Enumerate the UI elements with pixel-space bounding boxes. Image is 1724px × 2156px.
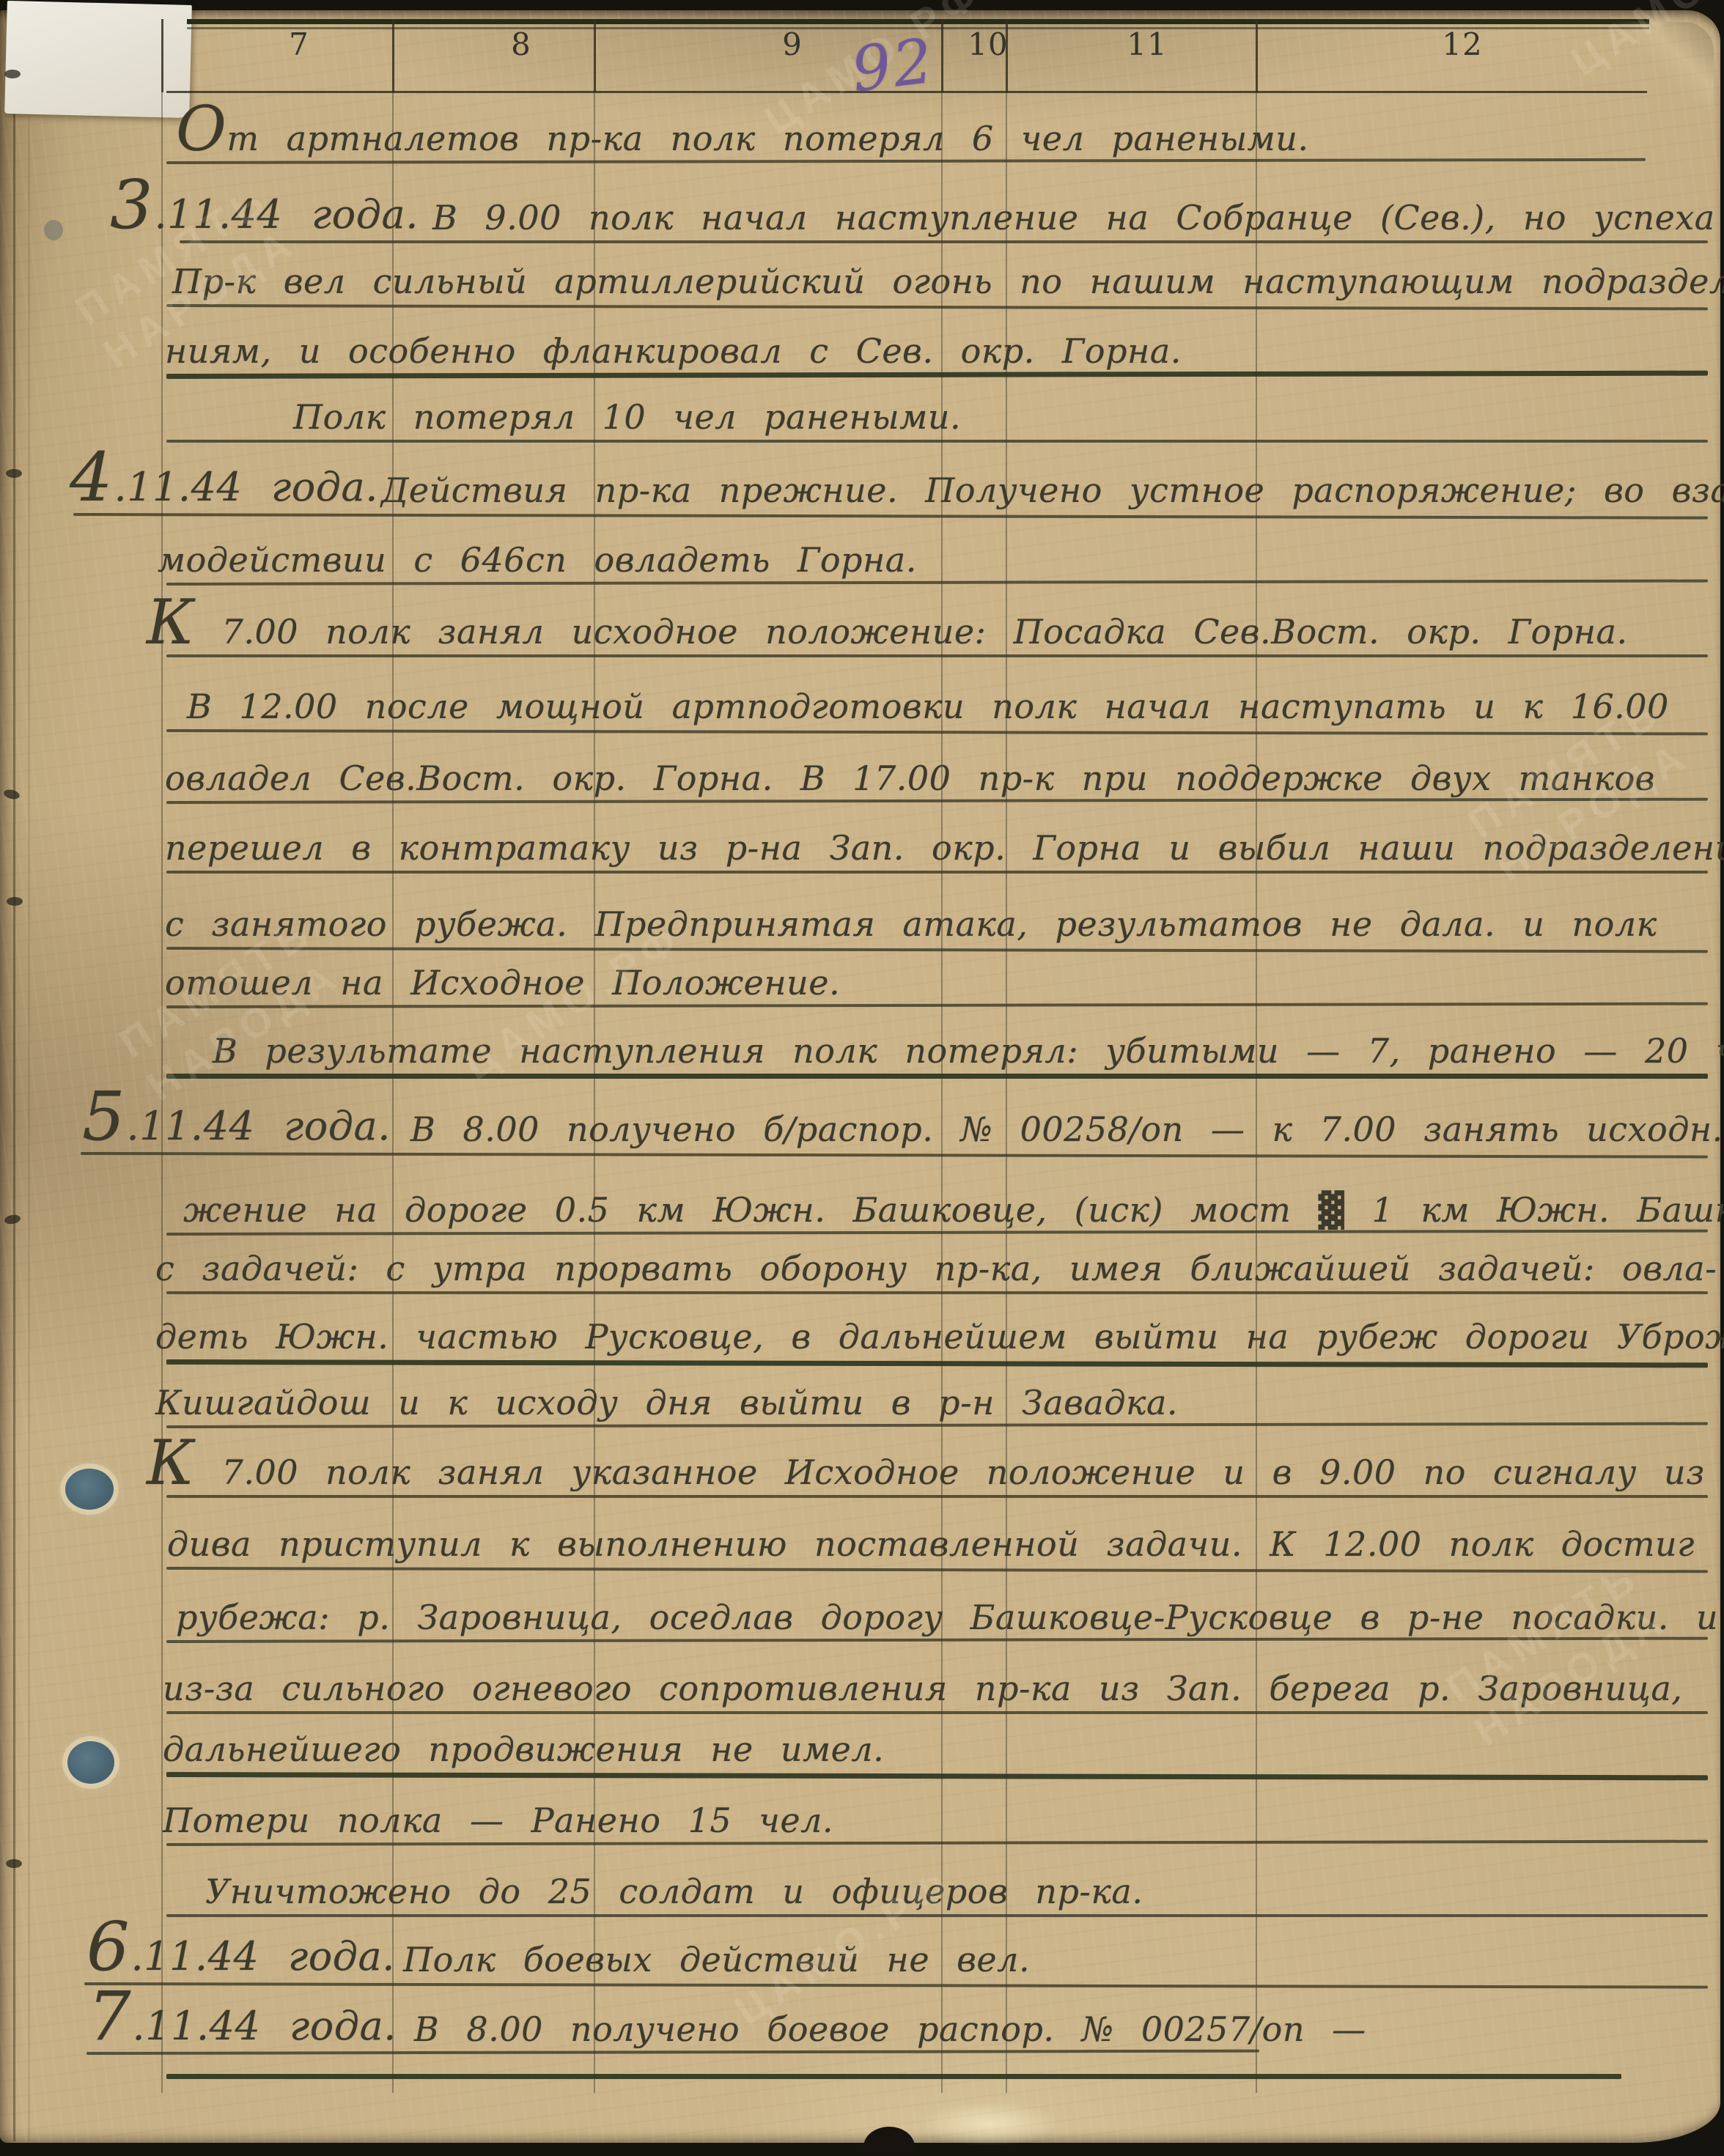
journal-line: ниям, и особенно фланкировал с Сев. окр.…	[165, 331, 1182, 371]
corner-crease	[1604, 22, 1714, 110]
ruled-line	[166, 1291, 1708, 1294]
column-number: 10	[968, 26, 1008, 62]
stitch-hole	[6, 469, 22, 478]
stitch-hole	[6, 1859, 22, 1868]
entry-day-number: 3	[110, 166, 155, 244]
column-divider-line	[392, 19, 394, 92]
journal-line: жение на дороге 0.5 км Южн. Башковце, (и…	[183, 1190, 1724, 1230]
journal-line: В 9.00 полк начал наступление на Собранц…	[432, 198, 1724, 237]
page-number: 92	[847, 24, 938, 106]
entry-date: 6.11.44 года.	[86, 1933, 395, 1979]
entry-date-rest: .11.44 года.	[131, 1933, 395, 1979]
fold-crease-line	[594, 92, 595, 2093]
journal-line: В результате наступления полк потерял: у…	[213, 1031, 1724, 1071]
ink-blot	[67, 1741, 114, 1784]
journal-line: В 12.00 после мощной артподготовки полк …	[187, 687, 1669, 726]
scanned-war-diary-page: 789101112 От артналетов пр-ка полк потер…	[0, 0, 1724, 2156]
bottom-edge-highlight	[920, 2102, 1059, 2146]
journal-line: дальнейшего продвижения не имел.	[163, 1729, 884, 1769]
ink-spot	[44, 220, 63, 240]
journal-line: Кишгайдош и к исходу дня выйти в р-н Зав…	[155, 1383, 1178, 1422]
journal-line: с занятого рубежа. Предпринятая атака, р…	[165, 904, 1657, 944]
paper-patch	[4, 1, 192, 118]
ruled-line	[166, 654, 1708, 657]
column-divider-line	[1256, 19, 1258, 92]
journal-line: овладел Сев.Вост. окр. Горна. В 17.00 пр…	[165, 758, 1655, 798]
ornate-capital: О	[176, 93, 226, 165]
column-number: 11	[1127, 26, 1167, 62]
column-divider-line	[161, 19, 163, 92]
column-divider-line	[594, 19, 596, 92]
journal-line: Уничтожено до 25 солдат и офицеров пр-ка…	[205, 1872, 1143, 1911]
column-number: 8	[511, 26, 531, 62]
column-number: 7	[289, 26, 309, 62]
closing-rule	[166, 2074, 1621, 2079]
entry-date-rest: .11.44 года.	[114, 464, 378, 510]
stitch-hole	[4, 70, 21, 78]
ornate-capital: К	[147, 586, 195, 658]
binding-fold-line	[13, 10, 15, 2141]
entry-date: 4.11.44 года.	[70, 464, 378, 510]
ruled-line	[166, 1495, 1708, 1498]
ruled-line	[166, 440, 1708, 443]
journal-line: рубежа: р. Заровница, оседлав дорогу Баш…	[176, 1598, 1718, 1637]
entry-day-number: 7	[88, 1977, 133, 2056]
ink-blot	[65, 1469, 114, 1510]
journal-line: К 7.00 полк занял указанное Исходное пол…	[147, 1452, 1724, 1492]
fold-crease-line	[392, 92, 394, 2093]
journal-line: Действия пр-ка прежние. Получено устное …	[381, 470, 1724, 510]
journal-line: деть Южн. частью Русковце, в дальнейшем …	[155, 1317, 1724, 1356]
binding-fold-line-2	[28, 10, 30, 2141]
ornate-capital: К	[147, 1427, 195, 1499]
journal-line: с задачей: с утра прорвать оборону пр-ка…	[155, 1249, 1717, 1288]
ruled-line	[166, 871, 1708, 874]
column-divider-line	[1006, 19, 1008, 92]
stitch-hole	[7, 897, 23, 906]
entry-date: 7.11.44 года.	[88, 2003, 397, 2049]
fold-crease-line	[1256, 92, 1257, 2093]
entry-day-number: 5	[82, 1077, 127, 1156]
journal-line: дива приступил к выполнению поставленной…	[167, 1524, 1695, 1564]
journal-line: В 8.00 получено б/распор. № 00258/оп — к…	[410, 1110, 1724, 1149]
ruled-line	[180, 240, 1708, 243]
fold-crease-line	[941, 92, 943, 2093]
journal-line: В 8.00 получено боевое распор. № 00257/о…	[414, 2009, 1366, 2049]
column-number: 12	[1442, 26, 1482, 62]
fold-crease-line	[1006, 92, 1007, 2093]
journal-line: Пр-к вел сильный артиллерийский огонь по…	[172, 262, 1724, 301]
journal-line: Потери полка — Ранено 15 чел.	[163, 1801, 833, 1840]
entry-date: 5.11.44 года.	[82, 1103, 391, 1149]
journal-line: Полк потерял 10 чел ранеными.	[293, 397, 961, 437]
journal-line: Полк боевых действий не вел.	[403, 1940, 1030, 1979]
journal-line: От артналетов пр-ка полк потерял 6 чел р…	[176, 119, 1309, 158]
entry-date-rest: .11.44 года.	[133, 2003, 397, 2049]
journal-line: К 7.00 полк занял исходное положение: По…	[147, 612, 1628, 651]
entry-day-number: 4	[70, 438, 114, 517]
journal-line: модействии с 646сп овладеть Горна.	[158, 540, 917, 580]
ruled-line	[166, 1074, 1708, 1079]
column-number: 9	[782, 26, 803, 62]
entry-day-number: 6	[86, 1908, 131, 1986]
